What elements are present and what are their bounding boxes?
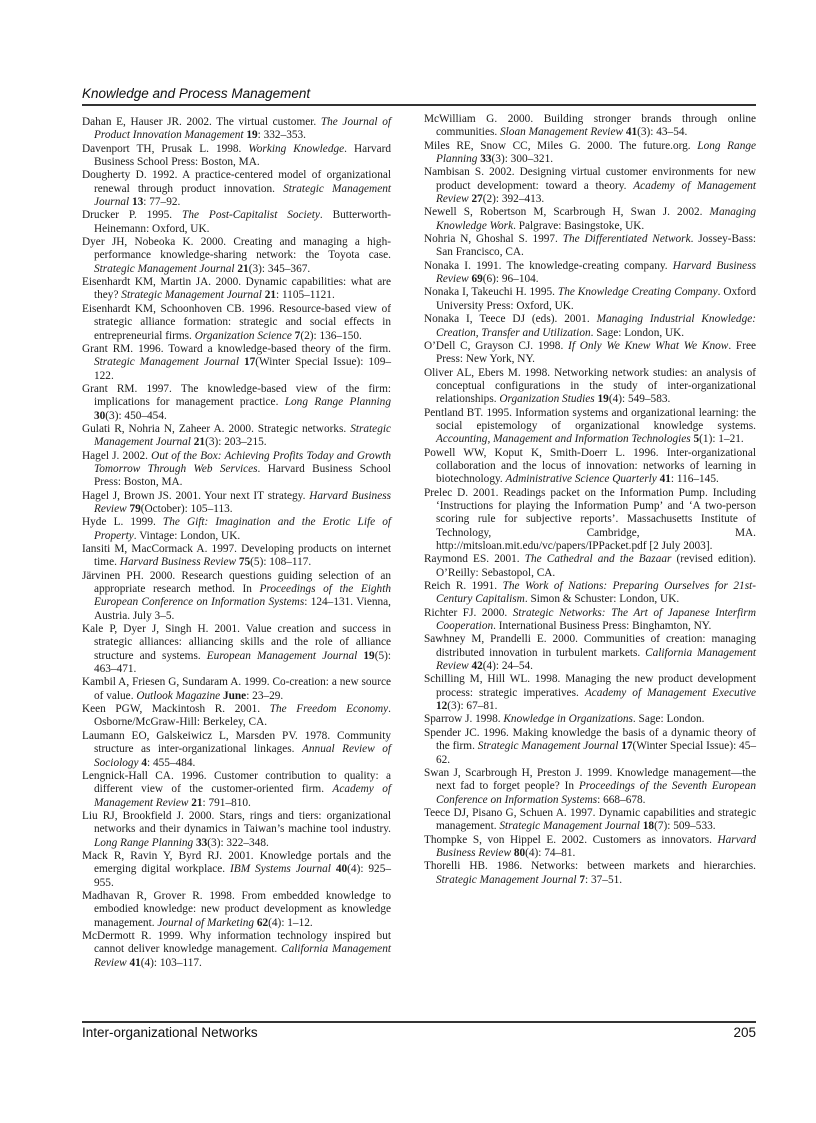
reference-entry: Miles RE, Snow CC, Miles G. 2000. The fu… [424, 140, 756, 167]
reference-entry: Hagel J, Brown JS. 2001. Your next IT st… [82, 490, 391, 517]
reference-entry: Lengnick-Hall CA. 1996. Customer contrib… [82, 770, 391, 810]
reference-entry: McWilliam G. 2000. Building stronger bra… [424, 113, 756, 140]
references-right-column: McWilliam G. 2000. Building stronger bra… [424, 113, 756, 887]
reference-entry: Sawhney M, Prandelli E. 2000. Communitie… [424, 633, 756, 673]
reference-entry: Oliver AL, Ebers M. 1998. Networking net… [424, 367, 756, 407]
reference-entry: Hyde L. 1999. The Gift: Imagination and … [82, 516, 391, 543]
reference-entry: Nonaka I, Takeuchi H. 1995. The Knowledg… [424, 286, 756, 313]
reference-entry: Spender JC. 1996. Making knowledge the b… [424, 727, 756, 767]
reference-entry: Grant RM. 1997. The knowledge-based view… [82, 383, 391, 423]
reference-entry: Keen PGW, Mackintosh R. 2001. The Freedo… [82, 703, 391, 730]
reference-entry: Nonaka I. 1991. The knowledge-creating c… [424, 260, 756, 287]
running-header-title: Knowledge and Process Management [82, 86, 310, 101]
reference-entry: Dahan E, Hauser JR. 2002. The virtual cu… [82, 116, 391, 143]
reference-entry: Prelec D. 2001. Readings packet on the I… [424, 487, 756, 554]
reference-entry: Kambil A, Friesen G, Sundaram A. 1999. C… [82, 676, 391, 703]
reference-entry: Newell S, Robertson M, Scarbrough H, Swa… [424, 206, 756, 233]
reference-entry: Schilling M, Hill WL. 1998. Managing the… [424, 673, 756, 713]
reference-entry: Grant RM. 1996. Toward a knowledge-based… [82, 343, 391, 383]
reference-entry: Hagel J. 2002. Out of the Box: Achieving… [82, 450, 391, 490]
reference-entry: Nonaka I, Teece DJ (eds). 2001. Managing… [424, 313, 756, 340]
reference-entry: Gulati R, Nohria N, Zaheer A. 2000. Stra… [82, 423, 391, 450]
reference-entry: Nambisan S. 2002. Designing virtual cust… [424, 166, 756, 206]
reference-entry: Eisenhardt KM, Schoonhoven CB. 1996. Res… [82, 303, 391, 343]
references-left-column: Dahan E, Hauser JR. 2002. The virtual cu… [82, 116, 391, 970]
reference-entry: Davenport TH, Prusak L. 1998. Working Kn… [82, 143, 391, 170]
reference-entry: Mack R, Ravin Y, Byrd RJ. 2001. Knowledg… [82, 850, 391, 890]
reference-entry: Reich R. 1991. The Work of Nations: Prep… [424, 580, 756, 607]
header-rule [82, 104, 756, 106]
reference-entry: Pentland BT. 1995. Information systems a… [424, 407, 756, 447]
reference-entry: Liu RJ, Brookfield J. 2000. Stars, rings… [82, 810, 391, 850]
reference-entry: Raymond ES. 2001. The Cathedral and the … [424, 553, 756, 580]
reference-entry: Järvinen PH. 2000. Research questions gu… [82, 570, 391, 623]
reference-entry: Kale P, Dyer J, Singh H. 2001. Value cre… [82, 623, 391, 676]
reference-entry: Dyer JH, Nobeoka K. 2000. Creating and m… [82, 236, 391, 276]
reference-entry: Sparrow J. 1998. Knowledge in Organizati… [424, 713, 756, 726]
reference-entry: Teece DJ, Pisano G, Schuen A. 1997. Dyna… [424, 807, 756, 834]
reference-entry: Iansiti M, MacCormack A. 1997. Developin… [82, 543, 391, 570]
reference-entry: Laumann EO, Galskeiwicz L, Marsden PV. 1… [82, 730, 391, 770]
reference-entry: Swan J, Scarbrough H, Preston J. 1999. K… [424, 767, 756, 807]
reference-entry: Drucker P. 1995. The Post-Capitalist Soc… [82, 209, 391, 236]
reference-entry: McDermott R. 1999. Why information techn… [82, 930, 391, 970]
reference-entry: Powell WW, Koput K, Smith-Doerr L. 1996.… [424, 447, 756, 487]
reference-entry: Madhavan R, Grover R. 1998. From embedde… [82, 890, 391, 930]
reference-entry: Thorelli HB. 1986. Networks: between mar… [424, 860, 756, 887]
reference-entry: O’Dell C, Grayson CJ. 1998. If Only We K… [424, 340, 756, 367]
footer-rule [82, 1021, 756, 1023]
page-number: 205 [733, 1025, 756, 1040]
reference-entry: Richter FJ. 2000. Strategic Networks: Th… [424, 607, 756, 634]
footer-section-title: Inter-organizational Networks [82, 1025, 258, 1040]
reference-entry: Dougherty D. 1992. A practice-centered m… [82, 169, 391, 209]
reference-entry: Eisenhardt KM, Martin JA. 2000. Dynamic … [82, 276, 391, 303]
reference-entry: Thompke S, von Hippel E. 2002. Customers… [424, 834, 756, 861]
reference-entry: Nohria N, Ghoshal S. 1997. The Different… [424, 233, 756, 260]
